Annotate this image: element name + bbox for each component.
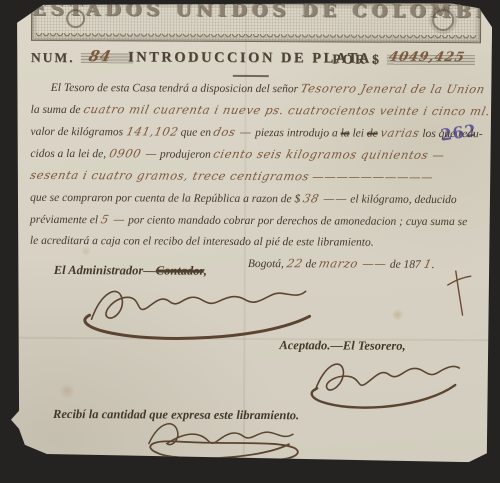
printed-text: piezas introdujo a (255, 127, 338, 139)
printed-text: produjeron (160, 149, 211, 161)
body-line-7: préviamente el 5 — por ciento mandado co… (30, 209, 476, 233)
handwritten-text: cuatro mil cuarenta i nueve ps. cuatroci… (81, 99, 492, 122)
struck-printed-text: de (367, 128, 378, 140)
printed-text: el kilógramo, deducido (350, 194, 456, 207)
num-group: NUM. 84 (31, 49, 133, 68)
document-paper: ESTADOS UNIDOS DE COLOMBIA. NUM. 84 INTR… (7, 1, 493, 464)
amount-label: POR $ (332, 51, 381, 66)
body-line-4: cidos a la lei de, 0900 — produjeron cie… (30, 143, 476, 167)
margin-tick-mark: — (4, 130, 18, 147)
cross-mark (444, 269, 474, 319)
handwritten-text: 38 —— (301, 188, 350, 209)
printed-text: que en (181, 127, 211, 139)
printed-text: valor de kilógramos (30, 126, 123, 138)
banner-scallop-border (36, 33, 476, 40)
num-fill-strip: 84 (81, 53, 133, 63)
ornament-circle-right (432, 9, 454, 31)
handwritten-text: 5 — (99, 209, 128, 230)
body-line-8: le acreditará a caja con el recibo del i… (30, 231, 476, 254)
handwritten-dash-fill: —————————— (310, 166, 436, 188)
handwritten-text: ciento seis kilogramos quinientos — (211, 144, 447, 166)
administrator-comma: , (204, 264, 207, 278)
handwritten-text: Tesorero Jeneral de la Union (299, 78, 488, 100)
num-handwritten-value: 84 (87, 47, 113, 65)
body-line-5: sesenta i cuatro gramos, trece centigram… (30, 165, 476, 189)
handwritten-text: 141,102 (124, 121, 180, 142)
printed-text: de 187 (390, 259, 421, 271)
printed-text: cidos a la lei de, (30, 148, 106, 160)
printed-text: la suma de (31, 104, 81, 116)
printed-text: que se compraron por cuenta de la Repúbl… (30, 192, 300, 205)
handwritten-day: 22 (285, 253, 305, 274)
printed-text: lei (352, 128, 364, 140)
masthead-banner: ESTADOS UNIDOS DE COLOMBIA. (31, 1, 481, 43)
printed-text: Bogotá, (248, 258, 284, 270)
struck-printed-text: la (341, 127, 350, 139)
body-line-1: El Tesoro de esta Casa tendrá a disposic… (31, 77, 477, 101)
num-label: NUM. (31, 50, 75, 65)
treasurer-signature (299, 350, 469, 413)
handwritten-text: varias (378, 123, 421, 144)
printed-text: El Tesoro de esta Casa tendrá a disposic… (51, 82, 298, 95)
receiver-signature (137, 415, 317, 468)
body-line-6: que se compraron por cuenta de la Repúbl… (30, 187, 476, 211)
body-line-2: la suma de cuatro mil cuarenta i nueve p… (31, 99, 477, 123)
printed-text: por ciento mandado cobrar por derechos d… (128, 214, 467, 228)
handwritten-text: 0900 — (107, 143, 160, 164)
title-underline (233, 75, 269, 77)
handwritten-text: sesenta i cuatro gramos, trece centigram… (28, 165, 311, 187)
handwritten-text: dos — (212, 122, 255, 143)
printed-text: préviamente el (30, 214, 98, 226)
amount-handwritten-value: 4049,425 (387, 50, 466, 65)
printed-text: los que redu- (422, 128, 482, 140)
body-text: El Tesoro de esta Casa tendrá a disposic… (30, 77, 477, 276)
body-line-3: valor de kilógramos 141,102 que en dos —… (30, 121, 476, 145)
struck-contador-label: Contador (156, 264, 204, 278)
header-row: NUM. 84 INTRODUCCION DE PLATA. POR $ 404… (29, 47, 477, 71)
amount-group: POR $ 4049,425 (332, 50, 475, 69)
handwritten-month: marzo —— (317, 253, 389, 274)
amount-fill-strip: 4049,425 (387, 55, 475, 65)
printed-text: de (306, 258, 317, 270)
ornament-circle-left (66, 9, 85, 28)
photo-background: ESTADOS UNIDOS DE COLOMBIA. NUM. 84 INTR… (0, 0, 500, 483)
banner-title: ESTADOS UNIDOS DE COLOMBIA. (32, 1, 480, 22)
administrator-label: El Administrador— (54, 263, 156, 278)
administrator-signature (73, 277, 323, 342)
printed-text: le acreditará a caja con el recibo del i… (30, 235, 374, 249)
